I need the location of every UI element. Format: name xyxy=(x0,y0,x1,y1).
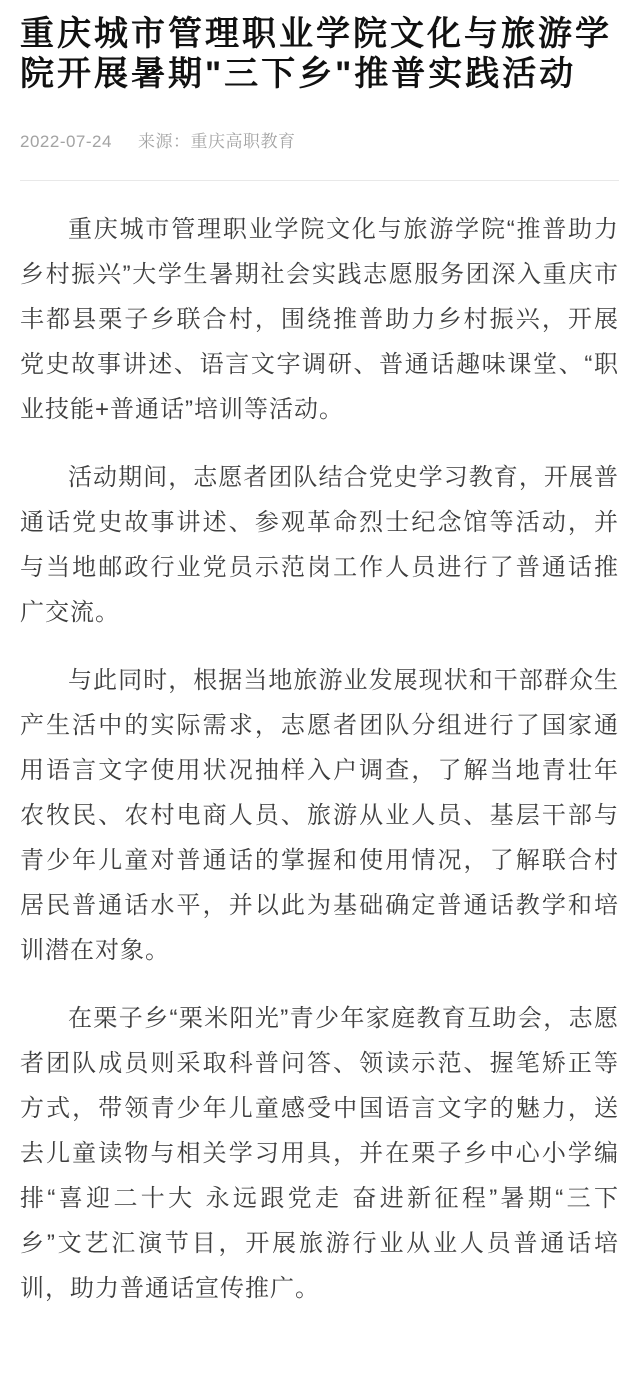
article-body: 重庆城市管理职业学院文化与旅游学院“推普助力乡村振兴”大学生暑期社会实践志愿服务… xyxy=(20,207,619,1311)
article-container: 重庆城市管理职业学院文化与旅游学院开展暑期"三下乡"推普实践活动 2022-07… xyxy=(0,0,639,1311)
publish-date: 2022-07-24 xyxy=(20,132,112,152)
article-meta: 2022-07-24 来源：重庆高职教育 xyxy=(20,132,619,152)
meta-divider xyxy=(20,180,619,181)
article-paragraph: 重庆城市管理职业学院文化与旅游学院“推普助力乡村振兴”大学生暑期社会实践志愿服务… xyxy=(20,207,619,432)
article-paragraph: 与此同时，根据当地旅游业发展现状和干部群众生产生活中的实际需求，志愿者团队分组进… xyxy=(20,658,619,973)
article-source: 来源：重庆高职教育 xyxy=(138,132,296,152)
article-title: 重庆城市管理职业学院文化与旅游学院开展暑期"三下乡"推普实践活动 xyxy=(20,14,619,94)
article-paragraph: 活动期间，志愿者团队结合党史学习教育，开展普通话党史故事讲述、参观革命烈士纪念馆… xyxy=(20,455,619,635)
article-page: 重庆城市管理职业学院文化与旅游学院开展暑期"三下乡"推普实践活动 2022-07… xyxy=(0,0,639,1388)
article-paragraph: 在栗子乡“栗米阳光”青少年家庭教育互助会，志愿者团队成员则采取科普问答、领读示范… xyxy=(20,996,619,1311)
